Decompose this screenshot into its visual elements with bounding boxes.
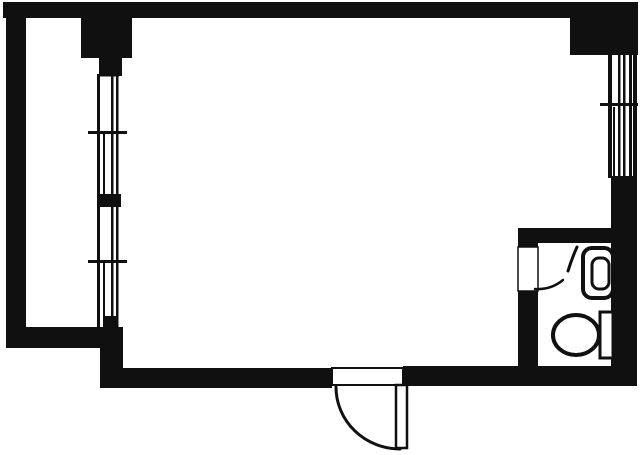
floor-plan-drawing	[0, 0, 640, 455]
left-window-pier-stub	[99, 56, 122, 76]
bottom-wall-right	[403, 366, 636, 386]
right-outer-edge-line	[633, 50, 637, 180]
left-window-pier	[81, 18, 132, 58]
floor-plan	[0, 0, 640, 455]
left-window-lower-tick	[88, 260, 127, 263]
bathroom-door-swing-arc	[535, 280, 563, 289]
entry-door-swing-arc	[336, 387, 400, 449]
right-window-rail-line-1	[618, 55, 621, 178]
entry-door-leaf	[396, 385, 407, 448]
left-window-upper-tick	[88, 131, 127, 134]
right-window-sash-line	[613, 107, 615, 178]
left-window-mullion-block	[97, 194, 121, 207]
right-window-jamb-line	[608, 55, 612, 178]
left-window-upper-rail-line-2	[116, 75, 119, 195]
toilet-tank	[600, 312, 613, 358]
bathroom-left-wall-lower	[518, 291, 538, 368]
left-window-lower-rail-line-1	[111, 207, 114, 328]
left-window-upper-jamb-line	[97, 75, 100, 195]
balcony-area	[26, 18, 98, 327]
left-window-upper-sash-line	[103, 133, 105, 195]
left-window-lower-jamb-line	[97, 207, 100, 328]
left-window-lower-rail-line-2	[116, 207, 119, 328]
right-window-rail-line-2	[623, 55, 626, 178]
right-window-tick	[600, 103, 638, 106]
bathroom-door-leaf	[568, 247, 577, 271]
bathroom-left-wall-upper	[518, 228, 538, 247]
right-window-pier	[570, 16, 638, 55]
left-window-lower-sash-line	[103, 262, 105, 322]
toilet-bowl	[553, 315, 599, 355]
left-window-upper-rail-line-1	[111, 75, 114, 195]
left-outer-wall	[6, 2, 26, 347]
top-wall	[3, 2, 638, 18]
bottom-wall-left	[100, 368, 332, 388]
right-window-outer-line	[629, 55, 632, 178]
bathroom-door-opening	[518, 247, 538, 291]
scanned-floorplan-page	[0, 0, 640, 455]
left-window-upper-head-line	[97, 74, 119, 77]
sink-basin-inner	[592, 258, 609, 289]
entry-door-opening	[332, 368, 403, 385]
